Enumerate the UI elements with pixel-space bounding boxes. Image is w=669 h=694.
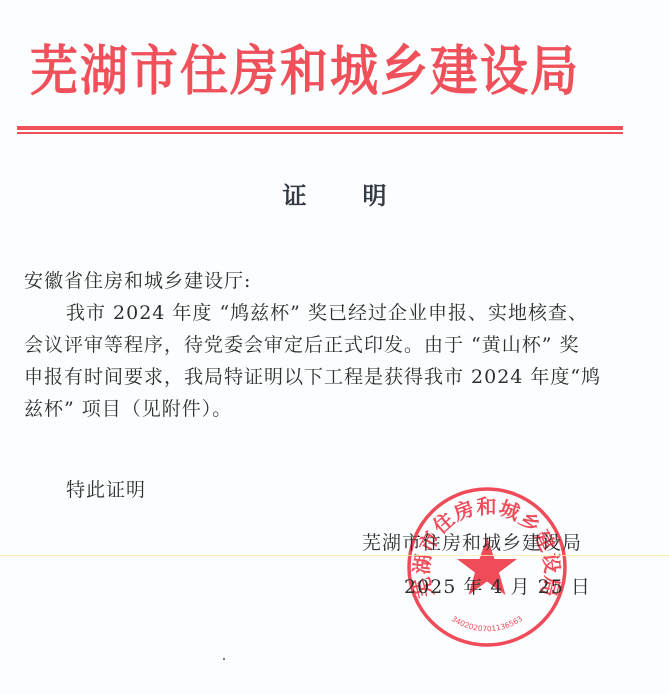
addressee: 安徽省住房和城乡建设厅: [24, 265, 644, 297]
letterhead-rule-thick [17, 126, 623, 130]
closing-statement: 特此证明 [66, 474, 669, 506]
letterhead-rule-thin [17, 132, 623, 134]
official-seal-icon: 芜湖市住房和城乡建设局 3402020701136563 [405, 485, 569, 649]
signature-organization: 芜湖市住房和城乡建设局 [362, 528, 582, 555]
paragraph-line: 会议评审等程序，待党委会审定后正式印发。由于 “黄山杯” 奖 [24, 329, 644, 361]
letterhead-title: 芜湖市住房和城乡建设局 [30, 38, 630, 105]
svg-text:3402020701136563: 3402020701136563 [450, 614, 524, 633]
scan-artifact-line [0, 555, 669, 556]
document-title-left: 证 [283, 181, 307, 210]
scan-speck [223, 658, 225, 660]
body-paragraph: 我市 2024 年度 “鸠兹杯” 奖已经过企业申报、实地核查、 会议评审等程序，… [24, 297, 644, 425]
paragraph-line: 我市 2024 年度 “鸠兹杯” 奖已经过企业申报、实地核查、 [24, 297, 644, 329]
document-title-right: 明 [363, 181, 387, 210]
document-title: 证明 [0, 176, 669, 211]
seal-serial: 3402020701136563 [450, 614, 524, 633]
paragraph-line: 兹杯” 项目（见附件）。 [24, 393, 644, 425]
paragraph-line: 申报有时间要求，我局特证明以下工程是获得我市 2024 年度“鸠 [24, 361, 644, 393]
signature-date: 2025 年 4 月 25 日 [404, 572, 591, 599]
